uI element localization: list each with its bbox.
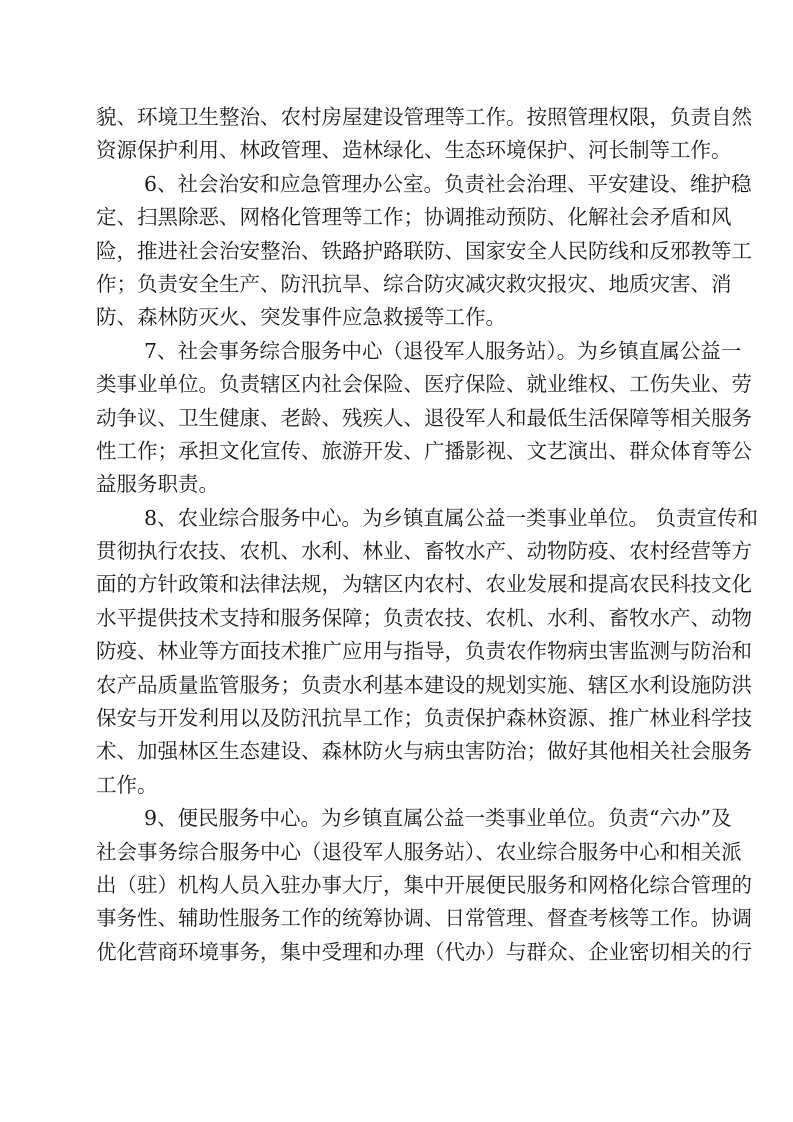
text-line: 资源保护利用、林政管理、造林绿化、生态环境保护、河长制等工作。: [96, 134, 698, 167]
text-line: 社会事务综合服务中心（退役军人服务站）、农业综合服务中心和相关派: [96, 836, 698, 869]
text-line: 动争议、卫生健康、老龄、残疾人、退役军人和最低生活保障等相关服务: [96, 402, 698, 435]
document-page: 貌、环境卫生整治、农村房屋建设管理等工作。按照管理权限，负责自然 资源保护利用、…: [96, 101, 698, 969]
paragraph-5-continuation: 貌、环境卫生整治、农村房屋建设管理等工作。按照管理权限，负责自然 资源保护利用、…: [96, 101, 698, 168]
text-line: 水平提供技术支持和服务保障；负责农技、农机、水利、畜牧水产、动物: [96, 602, 698, 635]
text-line: 6、社会治安和应急管理办公室。负责社会治理、平安建设、维护稳: [96, 168, 698, 201]
text-line: 贯彻执行农技、农机、水利、林业、畜牧水产、动物防疫、农村经营等方: [96, 535, 698, 568]
text-line: 险，推进社会治安整治、铁路护路联防、国家安全人民防线和反邪教等工: [96, 235, 698, 268]
text-line: 保安与开发利用以及防汛抗旱工作；负责保护森林资源、推广林业科学技: [96, 702, 698, 735]
text-line: 防、森林防灭火、突发事件应急救援等工作。: [96, 301, 698, 334]
text-line: 出（驻）机构人员入驻办事大厅，集中开展便民服务和网格化综合管理的: [96, 869, 698, 902]
text-line: 8、农业综合服务中心。为乡镇直属公益一类事业单位。 负责宣传和: [96, 502, 698, 535]
text-line: 7、社会事务综合服务中心（退役军人服务站）。为乡镇直属公益一: [96, 335, 698, 368]
text-line: 事务性、辅助性服务工作的统筹协调、日常管理、督查考核等工作。协调: [96, 902, 698, 935]
text-line: 作；负责安全生产、防汛抗旱、综合防灾减灾救灾报灾、地质灾害、消: [96, 268, 698, 301]
text-line: 9、便民服务中心。为乡镇直属公益一类事业单位。负责“六办”及: [96, 802, 698, 835]
text-line: 工作。: [96, 769, 698, 802]
text-line: 貌、环境卫生整治、农村房屋建设管理等工作。按照管理权限，负责自然: [96, 101, 698, 134]
text-line: 术、加强林区生态建设、森林防火与病虫害防治；做好其他相关社会服务: [96, 735, 698, 768]
paragraph-8-agriculture-center: 8、农业综合服务中心。为乡镇直属公益一类事业单位。 负责宣传和 贯彻执行农技、农…: [96, 502, 698, 803]
text-line: 面的方针政策和法律法规，为辖区内农村、农业发展和提高农民科技文化: [96, 568, 698, 601]
text-line: 优化营商环境事务，集中受理和办理（代办）与群众、企业密切相关的行: [96, 936, 698, 969]
paragraph-6-public-security-office: 6、社会治安和应急管理办公室。负责社会治理、平安建设、维护稳 定、扫黑除恶、网格…: [96, 168, 698, 335]
text-line: 防疫、林业等方面技术推广应用与指导，负责农作物病虫害监测与防治和: [96, 635, 698, 668]
text-line: 性工作；承担文化宣传、旅游开发、广播影视、文艺演出、群众体育等公: [96, 435, 698, 468]
text-line: 农产品质量监管服务；负责水利基本建设的规划实施、辖区水利设施防洪: [96, 669, 698, 702]
text-line: 类事业单位。负责辖区内社会保险、医疗保险、就业维权、工伤失业、劳: [96, 368, 698, 401]
paragraph-9-convenience-service-center: 9、便民服务中心。为乡镇直属公益一类事业单位。负责“六办”及 社会事务综合服务中…: [96, 802, 698, 969]
text-line: 益服务职责。: [96, 468, 698, 501]
text-line: 定、扫黑除恶、网格化管理等工作；协调推动预防、化解社会矛盾和风: [96, 201, 698, 234]
paragraph-7-social-affairs-center: 7、社会事务综合服务中心（退役军人服务站）。为乡镇直属公益一 类事业单位。负责辖…: [96, 335, 698, 502]
